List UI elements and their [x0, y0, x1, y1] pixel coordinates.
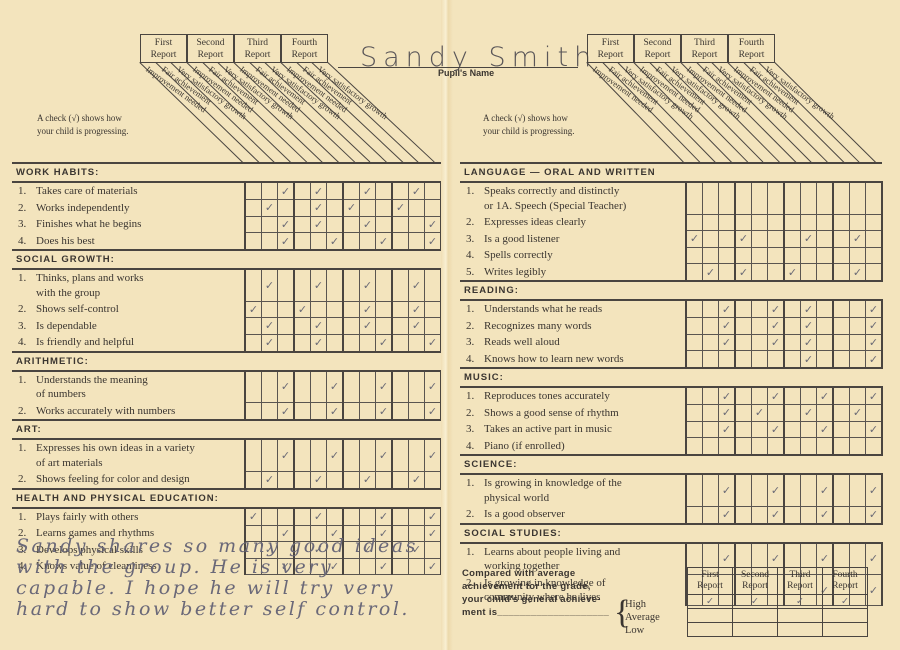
check-cell[interactable]: ✓: [392, 200, 409, 217]
check-cell[interactable]: [768, 214, 785, 231]
check-cell[interactable]: ✓: [262, 471, 278, 489]
check-cell[interactable]: [376, 269, 393, 301]
check-cell[interactable]: [245, 200, 262, 217]
check-cell[interactable]: [409, 200, 425, 217]
check-cell[interactable]: [343, 301, 360, 318]
check-cell[interactable]: [392, 233, 409, 251]
check-cell[interactable]: ✓: [817, 474, 834, 506]
check-cell[interactable]: [294, 216, 311, 233]
check-cell[interactable]: [768, 182, 785, 214]
check-cell[interactable]: [409, 508, 425, 526]
check-cell[interactable]: ✓: [311, 471, 327, 489]
check-cell[interactable]: [817, 247, 834, 264]
check-cell[interactable]: ✓: [262, 200, 278, 217]
check-cell[interactable]: [392, 182, 409, 200]
check-cell[interactable]: ✓: [784, 264, 801, 282]
check-cell[interactable]: [409, 233, 425, 251]
check-cell[interactable]: ✓: [311, 318, 327, 335]
check-cell[interactable]: ✓: [245, 301, 262, 318]
check-cell[interactable]: [278, 471, 295, 489]
check-cell[interactable]: ✓: [768, 334, 785, 351]
check-cell[interactable]: [768, 405, 785, 422]
check-cell[interactable]: ✓: [360, 301, 376, 318]
check-cell[interactable]: [850, 182, 866, 214]
check-cell[interactable]: [801, 264, 817, 282]
check-cell[interactable]: [850, 300, 866, 318]
summary-check-cell[interactable]: [823, 623, 868, 637]
check-cell[interactable]: ✓: [360, 318, 376, 335]
check-cell[interactable]: [360, 371, 376, 403]
check-cell[interactable]: [784, 214, 801, 231]
check-cell[interactable]: [850, 438, 866, 456]
check-cell[interactable]: [703, 506, 719, 524]
check-cell[interactable]: [850, 421, 866, 438]
check-cell[interactable]: [327, 334, 344, 352]
check-cell[interactable]: [686, 264, 703, 282]
check-cell[interactable]: [278, 508, 295, 526]
check-cell[interactable]: ✓: [719, 421, 736, 438]
check-cell[interactable]: ✓: [735, 231, 752, 248]
check-cell[interactable]: [686, 334, 703, 351]
check-cell[interactable]: [833, 264, 850, 282]
check-cell[interactable]: [801, 421, 817, 438]
check-cell[interactable]: [343, 318, 360, 335]
check-cell[interactable]: ✓: [245, 508, 262, 526]
check-cell[interactable]: [343, 182, 360, 200]
check-cell[interactable]: ✓: [719, 318, 736, 335]
check-cell[interactable]: [360, 439, 376, 471]
check-cell[interactable]: ✓: [376, 439, 393, 471]
check-cell[interactable]: [817, 351, 834, 369]
check-cell[interactable]: [784, 387, 801, 405]
check-cell[interactable]: [327, 318, 344, 335]
check-cell[interactable]: ✓: [311, 216, 327, 233]
check-cell[interactable]: ✓: [409, 318, 425, 335]
check-cell[interactable]: [784, 182, 801, 214]
check-cell[interactable]: [768, 231, 785, 248]
check-cell[interactable]: ✓: [425, 216, 442, 233]
check-cell[interactable]: [768, 351, 785, 369]
check-cell[interactable]: [425, 471, 442, 489]
check-cell[interactable]: [327, 182, 344, 200]
check-cell[interactable]: ✓: [719, 474, 736, 506]
summary-check-cell[interactable]: ✓: [778, 595, 823, 609]
check-cell[interactable]: [294, 439, 311, 471]
check-cell[interactable]: [425, 200, 442, 217]
check-cell[interactable]: ✓: [262, 334, 278, 352]
check-cell[interactable]: [262, 301, 278, 318]
check-cell[interactable]: ✓: [719, 300, 736, 318]
check-cell[interactable]: [866, 438, 883, 456]
check-cell[interactable]: ✓: [327, 439, 344, 471]
check-cell[interactable]: [327, 301, 344, 318]
check-cell[interactable]: [801, 506, 817, 524]
check-cell[interactable]: ✓: [311, 200, 327, 217]
check-cell[interactable]: [833, 387, 850, 405]
check-cell[interactable]: ✓: [425, 403, 442, 421]
check-cell[interactable]: [294, 182, 311, 200]
summary-check-cell[interactable]: [733, 609, 778, 623]
check-cell[interactable]: [392, 439, 409, 471]
check-cell[interactable]: ✓: [850, 264, 866, 282]
check-cell[interactable]: [294, 318, 311, 335]
check-cell[interactable]: [833, 438, 850, 456]
check-cell[interactable]: [735, 421, 752, 438]
check-cell[interactable]: [376, 216, 393, 233]
check-cell[interactable]: ✓: [425, 371, 442, 403]
check-cell[interactable]: [752, 182, 768, 214]
check-cell[interactable]: [686, 387, 703, 405]
check-cell[interactable]: ✓: [262, 318, 278, 335]
check-cell[interactable]: ✓: [311, 508, 327, 526]
check-cell[interactable]: [327, 200, 344, 217]
check-cell[interactable]: [278, 334, 295, 352]
check-cell[interactable]: [752, 264, 768, 282]
check-cell[interactable]: [850, 318, 866, 335]
check-cell[interactable]: ✓: [768, 506, 785, 524]
check-cell[interactable]: [360, 233, 376, 251]
check-cell[interactable]: [278, 269, 295, 301]
check-cell[interactable]: ✓: [768, 421, 785, 438]
check-cell[interactable]: [245, 439, 262, 471]
check-cell[interactable]: [294, 269, 311, 301]
summary-check-cell[interactable]: ✓: [823, 595, 868, 609]
check-cell[interactable]: [850, 387, 866, 405]
check-cell[interactable]: ✓: [719, 506, 736, 524]
check-cell[interactable]: ✓: [343, 200, 360, 217]
summary-check-cell[interactable]: ✓: [733, 595, 778, 609]
check-cell[interactable]: ✓: [850, 405, 866, 422]
summary-check-cell[interactable]: [733, 623, 778, 637]
check-cell[interactable]: ✓: [278, 233, 295, 251]
check-cell[interactable]: [703, 387, 719, 405]
check-cell[interactable]: ✓: [817, 421, 834, 438]
check-cell[interactable]: [686, 421, 703, 438]
check-cell[interactable]: ✓: [866, 387, 883, 405]
check-cell[interactable]: [686, 300, 703, 318]
check-cell[interactable]: [801, 214, 817, 231]
check-cell[interactable]: [850, 351, 866, 369]
check-cell[interactable]: [392, 334, 409, 352]
check-cell[interactable]: [262, 182, 278, 200]
check-cell[interactable]: [719, 247, 736, 264]
check-cell[interactable]: [833, 405, 850, 422]
check-cell[interactable]: ✓: [360, 216, 376, 233]
check-cell[interactable]: ✓: [801, 351, 817, 369]
check-cell[interactable]: [392, 471, 409, 489]
check-cell[interactable]: [343, 471, 360, 489]
check-cell[interactable]: [311, 403, 327, 421]
check-cell[interactable]: ✓: [278, 216, 295, 233]
check-cell[interactable]: ✓: [376, 233, 393, 251]
check-cell[interactable]: [752, 351, 768, 369]
check-cell[interactable]: [262, 216, 278, 233]
check-cell[interactable]: [768, 247, 785, 264]
check-cell[interactable]: ✓: [719, 387, 736, 405]
check-cell[interactable]: ✓: [376, 371, 393, 403]
check-cell[interactable]: [262, 233, 278, 251]
check-cell[interactable]: [703, 421, 719, 438]
check-cell[interactable]: [686, 318, 703, 335]
check-cell[interactable]: [245, 403, 262, 421]
check-cell[interactable]: [686, 405, 703, 422]
check-cell[interactable]: [294, 403, 311, 421]
check-cell[interactable]: ✓: [376, 403, 393, 421]
check-cell[interactable]: [801, 438, 817, 456]
check-cell[interactable]: [343, 403, 360, 421]
check-cell[interactable]: [376, 318, 393, 335]
check-cell[interactable]: [719, 438, 736, 456]
check-cell[interactable]: [735, 506, 752, 524]
check-cell[interactable]: [245, 182, 262, 200]
check-cell[interactable]: [327, 471, 344, 489]
check-cell[interactable]: ✓: [686, 231, 703, 248]
check-cell[interactable]: ✓: [327, 233, 344, 251]
check-cell[interactable]: [294, 334, 311, 352]
check-cell[interactable]: [817, 405, 834, 422]
check-cell[interactable]: [245, 371, 262, 403]
check-cell[interactable]: [817, 182, 834, 214]
check-cell[interactable]: [833, 231, 850, 248]
check-cell[interactable]: [392, 403, 409, 421]
check-cell[interactable]: [703, 182, 719, 214]
summary-check-cell[interactable]: [778, 609, 823, 623]
check-cell[interactable]: [752, 318, 768, 335]
check-cell[interactable]: [801, 474, 817, 506]
check-cell[interactable]: ✓: [866, 351, 883, 369]
check-cell[interactable]: [784, 438, 801, 456]
check-cell[interactable]: [409, 439, 425, 471]
check-cell[interactable]: [245, 318, 262, 335]
check-cell[interactable]: [686, 351, 703, 369]
check-cell[interactable]: [360, 334, 376, 352]
check-cell[interactable]: [833, 351, 850, 369]
check-cell[interactable]: ✓: [262, 269, 278, 301]
check-cell[interactable]: [425, 318, 442, 335]
check-cell[interactable]: [703, 405, 719, 422]
check-cell[interactable]: ✓: [866, 318, 883, 335]
check-cell[interactable]: ✓: [360, 269, 376, 301]
check-cell[interactable]: [784, 247, 801, 264]
check-cell[interactable]: [360, 508, 376, 526]
check-cell[interactable]: [311, 233, 327, 251]
check-cell[interactable]: ✓: [768, 474, 785, 506]
check-cell[interactable]: [752, 214, 768, 231]
check-cell[interactable]: [360, 403, 376, 421]
check-cell[interactable]: [833, 474, 850, 506]
check-cell[interactable]: ✓: [866, 421, 883, 438]
check-cell[interactable]: [735, 247, 752, 264]
check-cell[interactable]: [850, 214, 866, 231]
check-cell[interactable]: ✓: [719, 334, 736, 351]
check-cell[interactable]: [409, 371, 425, 403]
check-cell[interactable]: [735, 214, 752, 231]
check-cell[interactable]: [409, 403, 425, 421]
check-cell[interactable]: ✓: [768, 300, 785, 318]
check-cell[interactable]: [343, 334, 360, 352]
check-cell[interactable]: [784, 231, 801, 248]
check-cell[interactable]: ✓: [409, 182, 425, 200]
check-cell[interactable]: [850, 506, 866, 524]
check-cell[interactable]: [245, 471, 262, 489]
check-cell[interactable]: ✓: [801, 405, 817, 422]
check-cell[interactable]: ✓: [703, 264, 719, 282]
check-cell[interactable]: [866, 405, 883, 422]
check-cell[interactable]: ✓: [425, 233, 442, 251]
check-cell[interactable]: [262, 403, 278, 421]
check-cell[interactable]: [817, 318, 834, 335]
check-cell[interactable]: [719, 264, 736, 282]
check-cell[interactable]: [703, 300, 719, 318]
check-cell[interactable]: [392, 269, 409, 301]
check-cell[interactable]: ✓: [719, 405, 736, 422]
check-cell[interactable]: [327, 269, 344, 301]
check-cell[interactable]: ✓: [768, 318, 785, 335]
check-cell[interactable]: [343, 233, 360, 251]
check-cell[interactable]: ✓: [360, 182, 376, 200]
check-cell[interactable]: [311, 439, 327, 471]
check-cell[interactable]: [343, 439, 360, 471]
check-cell[interactable]: ✓: [817, 506, 834, 524]
check-cell[interactable]: [817, 438, 834, 456]
check-cell[interactable]: [294, 200, 311, 217]
check-cell[interactable]: ✓: [311, 182, 327, 200]
check-cell[interactable]: [343, 371, 360, 403]
check-cell[interactable]: [294, 233, 311, 251]
summary-check-cell[interactable]: [778, 623, 823, 637]
check-cell[interactable]: [294, 371, 311, 403]
check-cell[interactable]: [768, 264, 785, 282]
check-cell[interactable]: [752, 421, 768, 438]
check-cell[interactable]: [392, 318, 409, 335]
summary-check-cell[interactable]: ✓: [688, 595, 733, 609]
check-cell[interactable]: [719, 214, 736, 231]
check-cell[interactable]: ✓: [327, 403, 344, 421]
check-cell[interactable]: [392, 216, 409, 233]
check-cell[interactable]: [376, 301, 393, 318]
check-cell[interactable]: [784, 474, 801, 506]
check-cell[interactable]: [392, 371, 409, 403]
check-cell[interactable]: ✓: [425, 508, 442, 526]
check-cell[interactable]: [735, 351, 752, 369]
summary-check-cell[interactable]: [688, 609, 733, 623]
check-cell[interactable]: ✓: [801, 334, 817, 351]
check-cell[interactable]: [262, 439, 278, 471]
check-cell[interactable]: [327, 508, 344, 526]
check-cell[interactable]: ✓: [376, 334, 393, 352]
check-cell[interactable]: [866, 182, 883, 214]
check-cell[interactable]: [801, 182, 817, 214]
check-cell[interactable]: [752, 334, 768, 351]
check-cell[interactable]: [262, 508, 278, 526]
check-cell[interactable]: [833, 247, 850, 264]
check-cell[interactable]: ✓: [817, 387, 834, 405]
check-cell[interactable]: [752, 300, 768, 318]
check-cell[interactable]: ✓: [425, 334, 442, 352]
check-cell[interactable]: ✓: [752, 405, 768, 422]
check-cell[interactable]: ✓: [278, 182, 295, 200]
check-cell[interactable]: ✓: [294, 301, 311, 318]
check-cell[interactable]: [752, 231, 768, 248]
check-cell[interactable]: [784, 318, 801, 335]
check-cell[interactable]: ✓: [735, 264, 752, 282]
check-cell[interactable]: [703, 474, 719, 506]
check-cell[interactable]: [294, 508, 311, 526]
check-cell[interactable]: ✓: [409, 471, 425, 489]
check-cell[interactable]: ✓: [866, 506, 883, 524]
check-cell[interactable]: [784, 334, 801, 351]
check-cell[interactable]: [752, 506, 768, 524]
check-cell[interactable]: [703, 231, 719, 248]
check-cell[interactable]: [735, 300, 752, 318]
check-cell[interactable]: [784, 300, 801, 318]
check-cell[interactable]: [850, 247, 866, 264]
check-cell[interactable]: [735, 334, 752, 351]
check-cell[interactable]: ✓: [360, 471, 376, 489]
check-cell[interactable]: [866, 247, 883, 264]
check-cell[interactable]: [409, 334, 425, 352]
check-cell[interactable]: [784, 506, 801, 524]
check-cell[interactable]: [784, 405, 801, 422]
check-cell[interactable]: [703, 438, 719, 456]
check-cell[interactable]: [735, 387, 752, 405]
check-cell[interactable]: [850, 334, 866, 351]
check-cell[interactable]: ✓: [311, 334, 327, 352]
check-cell[interactable]: [719, 231, 736, 248]
check-cell[interactable]: [817, 264, 834, 282]
check-cell[interactable]: [278, 301, 295, 318]
check-cell[interactable]: [294, 471, 311, 489]
check-cell[interactable]: [801, 387, 817, 405]
check-cell[interactable]: [278, 318, 295, 335]
check-cell[interactable]: [866, 231, 883, 248]
check-cell[interactable]: [817, 334, 834, 351]
check-cell[interactable]: [360, 200, 376, 217]
check-cell[interactable]: [311, 371, 327, 403]
check-cell[interactable]: [686, 247, 703, 264]
check-cell[interactable]: [278, 200, 295, 217]
check-cell[interactable]: [245, 233, 262, 251]
check-cell[interactable]: ✓: [278, 371, 295, 403]
check-cell[interactable]: [735, 474, 752, 506]
check-cell[interactable]: [833, 506, 850, 524]
check-cell[interactable]: ✓: [409, 269, 425, 301]
check-cell[interactable]: [327, 216, 344, 233]
check-cell[interactable]: [392, 301, 409, 318]
check-cell[interactable]: [833, 214, 850, 231]
check-cell[interactable]: ✓: [425, 439, 442, 471]
check-cell[interactable]: [768, 438, 785, 456]
check-cell[interactable]: [817, 231, 834, 248]
check-cell[interactable]: ✓: [311, 269, 327, 301]
check-cell[interactable]: ✓: [409, 301, 425, 318]
check-cell[interactable]: [703, 318, 719, 335]
check-cell[interactable]: [735, 182, 752, 214]
check-cell[interactable]: [735, 318, 752, 335]
check-cell[interactable]: [703, 334, 719, 351]
check-cell[interactable]: [833, 318, 850, 335]
check-cell[interactable]: [866, 264, 883, 282]
check-cell[interactable]: ✓: [278, 439, 295, 471]
check-cell[interactable]: [752, 438, 768, 456]
check-cell[interactable]: [245, 269, 262, 301]
check-cell[interactable]: [686, 506, 703, 524]
check-cell[interactable]: [425, 269, 442, 301]
check-cell[interactable]: [833, 334, 850, 351]
check-cell[interactable]: [719, 182, 736, 214]
check-cell[interactable]: [703, 351, 719, 369]
summary-check-cell[interactable]: [823, 609, 868, 623]
